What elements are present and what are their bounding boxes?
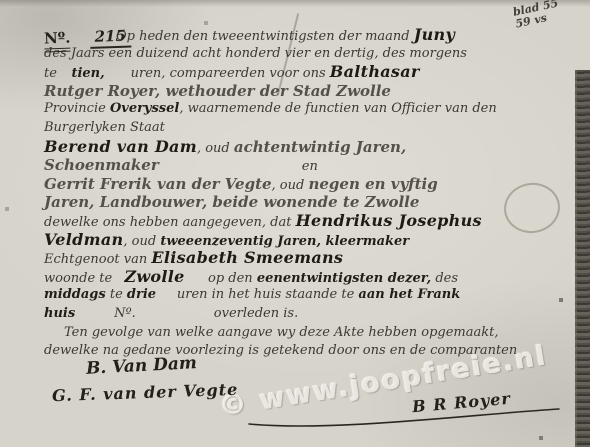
text-segment: overleden is. — [214, 306, 298, 321]
text-segment: op den — [208, 271, 257, 286]
text-segment: Rutger Royer, wethouder der Stad Zwolle — [44, 82, 391, 100]
act-number-label: Nº. — [44, 29, 71, 53]
text-segment: woonde te — [44, 271, 116, 286]
document-line: Schoenmakeren — [44, 156, 566, 175]
document-body: Op heden den tweeentwintigsten der maand… — [44, 26, 566, 361]
text-segment: , oud — [272, 178, 309, 193]
text-segment: tweeentwintigsten der maand — [212, 29, 414, 44]
text-segment: tien, — [71, 66, 104, 81]
document-scan: blad 55 59 vs Nº. 215 Op heden den tweee… — [0, 0, 590, 447]
text-segment: Provincie — [44, 101, 110, 116]
text-segment: tweeenzeventig Jaren, kleermaker — [160, 234, 409, 249]
text-segment: huis — [44, 306, 75, 321]
act-number-value: 215 — [89, 26, 131, 48]
text-segment: Schoenmaker — [44, 156, 159, 174]
text-segment: , waarnemende de functien van Officier v… — [179, 101, 496, 116]
document-line: Jaren, Landbouwer, beide wonende te Zwol… — [44, 193, 566, 212]
text-segment: Gerrit Frerik van der Vegte — [44, 175, 272, 193]
text-segment: Juny — [414, 25, 455, 44]
text-segment: dewelke ons hebben aangegeven, dat — [44, 215, 296, 230]
text-segment: drie — [127, 287, 156, 302]
document-line: Gerrit Frerik van der Vegte, oud negen e… — [44, 175, 566, 194]
text-segment: te — [106, 287, 127, 302]
text-segment: eenentwintigsten dezer, — [257, 271, 431, 286]
signature-flourish — [245, 402, 565, 430]
page-edge-binding — [575, 70, 590, 447]
text-segment: achtentwintig Jaren, — [234, 138, 406, 156]
document-line: Berend van Dam, oud achtentwintig Jaren, — [44, 138, 566, 157]
text-segment: Balthasar — [330, 62, 420, 81]
text-segment: Jaren, Landbouwer, beide wonende te Zwol… — [44, 193, 419, 211]
document-line: Rutger Royer, wethouder der Stad Zwolle — [44, 82, 566, 101]
text-segment: des — [431, 271, 458, 286]
text-segment: Elisabeth Smeemans — [151, 248, 343, 267]
text-segment: , oud — [123, 234, 160, 249]
text-segment: Burgerlyken Staat — [44, 120, 165, 135]
document-line: Echtgenoot van Elisabeth Smeemans — [44, 249, 566, 268]
text-segment: uren in het huis staande te — [177, 287, 359, 302]
text-segment: Zwolle — [124, 267, 184, 286]
text-segment: Hendrikus Josephus — [296, 211, 482, 230]
text-segment: dewelke na gedane voorlezing is getekend… — [44, 343, 517, 358]
text-segment: Nº. — [114, 306, 136, 321]
text-segment: Overyssel — [110, 101, 179, 116]
document-line: woonde te Zwolleop den eenentwintigsten … — [44, 268, 566, 287]
document-line: Burgerlyken Staat — [44, 119, 566, 138]
document-line: dewelke ons hebben aangegeven, dat Hendr… — [44, 212, 566, 231]
text-segment: Echtgenoot van — [44, 252, 151, 267]
document-line: Ten gevolge van welke aangave wy deze Ak… — [44, 324, 566, 343]
document-line: huisNº.overleden is. — [44, 305, 566, 324]
text-segment: te — [44, 66, 61, 81]
text-segment: negen en vyftig — [308, 175, 437, 193]
text-segment: en — [302, 159, 318, 174]
act-number: Nº. 215 — [44, 25, 131, 47]
text-segment: middags — [44, 287, 106, 302]
text-segment: Ten gevolge van welke aangave wy deze Ak… — [64, 325, 499, 340]
text-segment: Berend van Dam — [44, 137, 197, 156]
document-line: middags te drieuren in het huis staande … — [44, 286, 566, 305]
document-line: te tien,uren, compareerden voor ons Balt… — [44, 63, 566, 82]
signature-van-der-vegte: G. F. van der Vegte — [52, 380, 239, 405]
text-segment: , oud — [197, 141, 234, 156]
document-line: Provincie Overyssel, waarnemende de func… — [44, 100, 566, 119]
text-segment: uren, compareerden voor ons — [131, 66, 330, 81]
document-line: Veldman, oud tweeenzeventig Jaren, kleer… — [44, 231, 566, 250]
text-segment: Veldman — [44, 230, 123, 249]
text-segment: aan het Frank — [358, 287, 460, 302]
paper-specks — [0, 0, 2, 2]
